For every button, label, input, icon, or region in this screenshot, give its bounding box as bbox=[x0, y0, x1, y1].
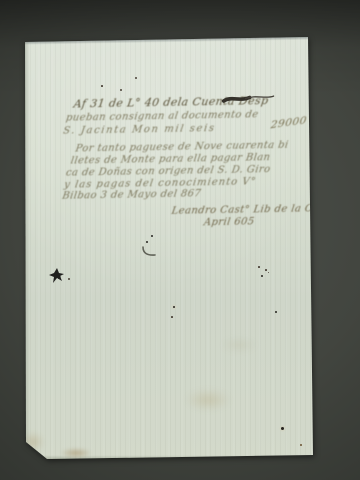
ink-speck bbox=[101, 85, 103, 87]
ink-speck bbox=[281, 427, 284, 430]
manuscript-text-block: Af 31 de L° 40 dela Cuenta Desp pueban c… bbox=[23, 34, 319, 462]
date-line: Bilbao 3 de Mayo del 867 bbox=[62, 188, 202, 201]
photo-canvas: Af 31 de L° 40 dela Cuenta Desp pueban c… bbox=[0, 0, 360, 480]
manuscript-line: S. Jacinta Mon mil seis bbox=[62, 123, 216, 137]
ink-speck bbox=[275, 311, 277, 313]
signature-subscript: April 605 bbox=[203, 216, 255, 228]
ink-scribble-mark bbox=[222, 92, 276, 107]
ink-speck bbox=[120, 89, 122, 91]
ink-speck bbox=[135, 77, 137, 79]
ink-speck bbox=[268, 272, 269, 273]
ink-speck bbox=[261, 275, 263, 277]
paper-sheet: Af 31 de L° 40 dela Cuenta Desp pueban c… bbox=[25, 37, 314, 460]
ink-speck bbox=[258, 266, 260, 268]
ink-speck bbox=[173, 306, 175, 308]
crescent-pen-mark bbox=[141, 244, 159, 259]
ink-speck bbox=[68, 278, 70, 280]
ink-speck bbox=[171, 316, 173, 318]
rust-speck bbox=[300, 444, 302, 446]
ink-speck bbox=[265, 269, 267, 271]
paper-sheet-wrapper: Af 31 de L° 40 dela Cuenta Desp pueban c… bbox=[25, 37, 314, 460]
amount-figure: 29000 bbox=[270, 114, 307, 131]
ink-speck bbox=[151, 235, 153, 237]
ink-speck bbox=[146, 241, 148, 243]
ink-blot-mark bbox=[49, 267, 66, 284]
manuscript-line: pueban consignan al documento de bbox=[65, 109, 259, 123]
